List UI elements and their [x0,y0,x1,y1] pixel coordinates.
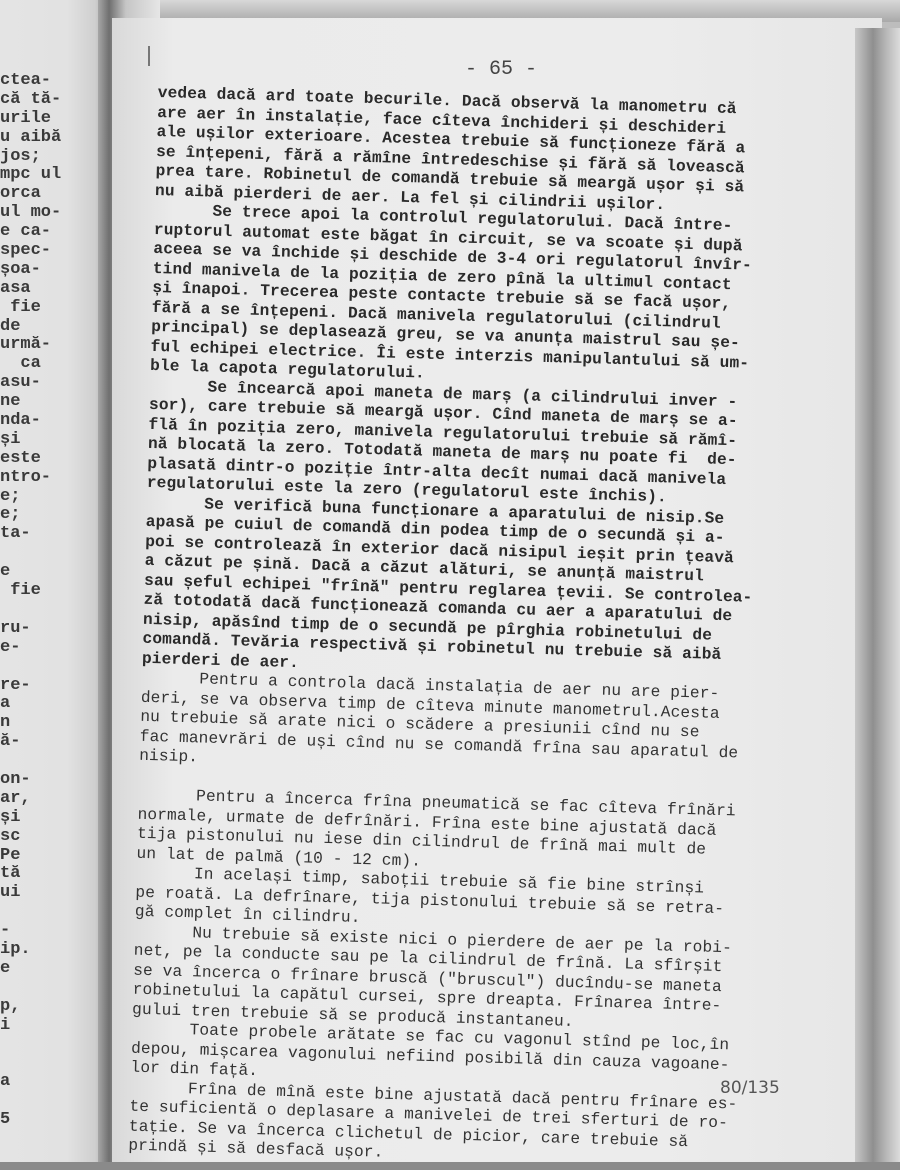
margin-fragment: ă- [0,733,95,752]
margin-fragment: ctea- [0,72,95,91]
margin-fragment: jos; [0,148,95,167]
margin-fragment: i [0,1017,95,1036]
margin-fragment: și [0,809,95,828]
margin-fragment: mpc ul [0,166,95,185]
margin-fragment [0,903,95,922]
margin-fragment: a [0,1073,95,1092]
margin-fragment: fie [0,582,95,601]
margin-fragment: nda- [0,412,95,431]
margin-fragment: re- [0,677,95,696]
margin-fragment: a [0,695,95,714]
margin-fragment: de [0,318,95,337]
margin-fragment: 5 [0,1111,95,1130]
margin-fragment: ip. [0,941,95,960]
margin-fragment: u aibă [0,129,95,148]
margin-fragment: urmă- [0,336,95,355]
margin-fragment: ru- [0,620,95,639]
margin-fragment [0,658,95,677]
pencil-mark [148,46,150,66]
margin-fragment: spec- [0,242,95,261]
margin-fragment: ar, [0,790,95,809]
margin-fragment: ne [0,393,95,412]
margin-fragment: asu- [0,374,95,393]
margin-fragment: ta- [0,525,95,544]
margin-fragment: p, [0,998,95,1017]
page-edge-shadow [855,28,900,1170]
margin-fragment: ul mo- [0,204,95,223]
margin-fragment: urile [0,110,95,129]
margin-fragment: că tă- [0,91,95,110]
margin-fragment [0,1092,95,1111]
margin-fragment [0,979,95,998]
margin-fragment: sc [0,828,95,847]
page-number: - 65 - [465,58,537,81]
margin-fragment: e; [0,506,95,525]
margin-fragment: asa [0,280,95,299]
margin-fragment: on- [0,771,95,790]
margin-fragment: e; [0,488,95,507]
margin-fragment [0,1054,95,1073]
margin-fragment: ui [0,884,95,903]
margin-fragment: fie [0,299,95,318]
sheet-counter: 80/135 [720,1078,780,1098]
margin-fragment [0,544,95,563]
margin-fragment: e- [0,639,95,658]
margin-fragment: este [0,450,95,469]
typewritten-body-text: vedea dacă ard toate becurile. Dacă obse… [128,84,818,1170]
margin-fragment: - [0,922,95,941]
margin-fragment: ca [0,355,95,374]
margin-fragment: șoa- [0,261,95,280]
margin-fragment [0,601,95,620]
margin-fragment [0,752,95,771]
margin-fragment: e [0,960,95,979]
margin-fragment: orca [0,185,95,204]
left-facing-page: ctea-că tă-urileu aibăjos;mpc ulorcaul m… [0,0,112,1170]
margin-fragment: Pe [0,847,95,866]
margin-fragment: ntro- [0,469,95,488]
left-page-text-fragments: ctea-că tă-urileu aibăjos;mpc ulorcaul m… [0,72,95,1130]
margin-fragment: e ca- [0,223,95,242]
margin-fragment: și [0,431,95,450]
margin-fragment [0,1035,95,1054]
margin-fragment: tă [0,865,95,884]
margin-fragment: e [0,563,95,582]
margin-fragment: n [0,714,95,733]
